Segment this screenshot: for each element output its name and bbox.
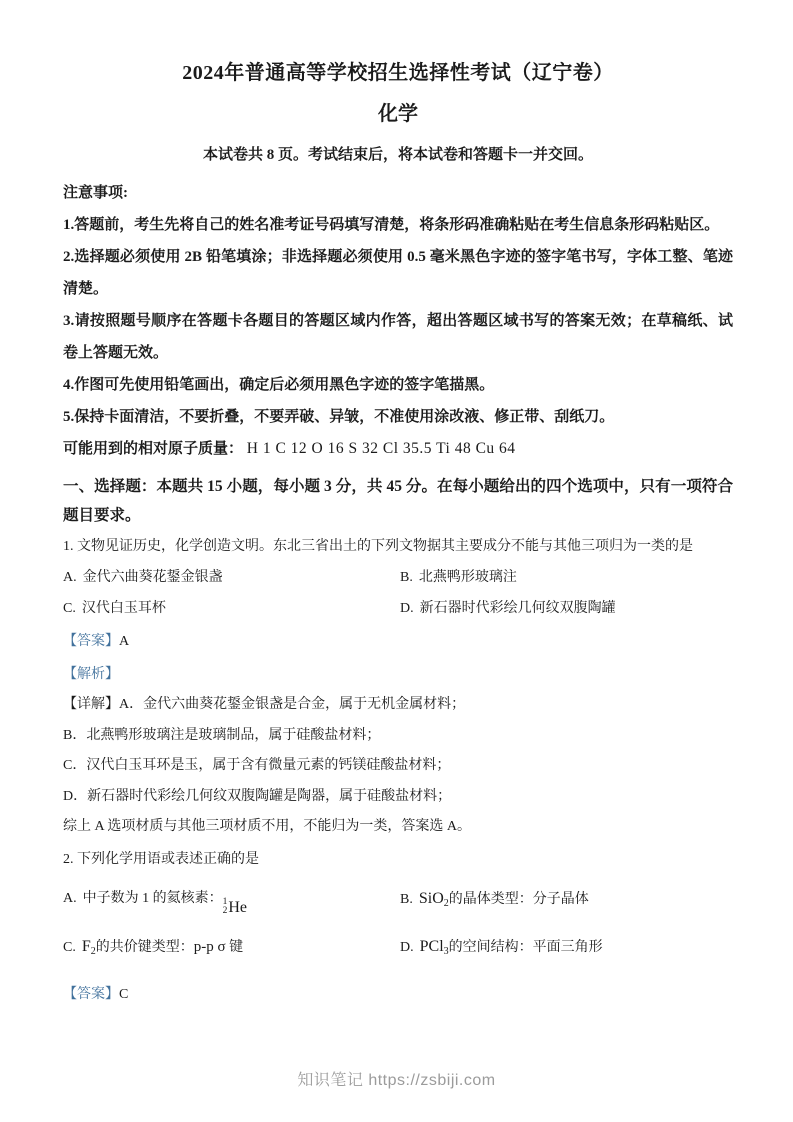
question-1-option-c: C.汉代白玉耳杯	[63, 593, 400, 624]
notice-item-1: 1.答题前，考生先将自己的姓名准考证号码填写清楚，将条形码准确粘贴在考生信息条形…	[63, 209, 733, 241]
site-watermark-footer: 知识笔记 https://zsbiji.com	[0, 1067, 793, 1090]
question-2-option-d: D.PCl3的空间结构：平面三角形	[400, 931, 733, 967]
question-1-option-b: B.北燕鸭形玻璃注	[400, 562, 733, 593]
detail-tag: 【详解】	[63, 697, 119, 712]
answer-tag: 【答案】	[63, 634, 119, 649]
answer-value: A	[119, 634, 129, 649]
question-1-detail-d: D．新石器时代彩绘几何纹双腹陶罐是陶器，属于硅酸盐材料；	[63, 782, 733, 813]
atomic-mass-values: H 1 C 12 O 16 S 32 Cl 35.5 Ti 48 Cu 64	[247, 440, 516, 457]
notice-item-5: 5.保持卡面清洁，不要折叠，不要弄破、异皱，不准使用涂改液、修正带、刮纸刀。	[63, 401, 733, 433]
question-2-answer: 【答案】C	[63, 979, 733, 1010]
question-2-option-c: C.F2的共价键类型：p-p σ 键	[63, 931, 400, 967]
question-1-detail-c: C．汉代白玉耳环是玉，属于含有微量元素的钙镁硅酸盐材料；	[63, 751, 733, 782]
notice-item-2: 2.选择题必须使用 2B 铅笔填涂；非选择题必须使用 0.5 毫米黑色字迹的签字…	[63, 241, 733, 305]
page-title: 2024年普通高等学校招生选择性考试（辽宁卷）	[63, 60, 733, 86]
analysis-tag: 【解析】	[63, 667, 119, 682]
option-label: D.	[400, 601, 414, 616]
question-1-detail-a: 【详解】A．金代六曲葵花鋬金银盏是合金，属于无机金属材料；	[63, 690, 733, 721]
answer-tag: 【答案】	[63, 987, 119, 1002]
question-1-detail-b: B．北燕鸭形玻璃注是玻璃制品，属于硅酸盐材料；	[63, 721, 733, 752]
question-1-detail-summary: 综上 A 选项材质与其他三项材质不用，不能归为一类，答案选 A。	[63, 812, 733, 843]
option-label: B.	[400, 892, 413, 907]
question-1-option-d: D.新石器时代彩绘几何纹双腹陶罐	[400, 593, 733, 624]
question-1: 1. 文物见证历史，化学创造文明。东北三省出土的下列文物据其主要成分不能与其他三…	[63, 532, 733, 843]
option-text: 的晶体类型：分子晶体	[449, 892, 589, 907]
formula-symbol: PCl	[420, 938, 444, 955]
option-text: 汉代白玉耳杯	[82, 601, 166, 616]
option-text: 新石器时代彩绘几何纹双腹陶罐	[420, 601, 616, 616]
notice-item-3: 3.请按照题号顺序在答题卡各题目的答题区域内作答，超出答题区域书写的答案无效；在…	[63, 305, 733, 369]
option-text: 北燕鸭形玻璃注	[419, 570, 517, 585]
option-label: D.	[400, 940, 414, 955]
option-label: C.	[63, 601, 76, 616]
sigma-bond-notation: p-p σ	[194, 939, 226, 955]
question-2-options-row-2: C.F2的共价键类型：p-p σ 键 D.PCl3的空间结构：平面三角形	[63, 931, 733, 967]
answer-value: C	[119, 987, 128, 1002]
atomic-mass-label: 可能用到的相对原子质量：	[63, 441, 243, 457]
question-1-options-row-1: A.金代六曲葵花鋬金银盏 B.北燕鸭形玻璃注	[63, 562, 733, 593]
section-title: 一、选择题：本题共 15 小题，每小题 3 分，共 45 分。在每小题给出的四个…	[63, 472, 733, 530]
subject-title: 化学	[63, 101, 733, 127]
question-1-answer: 【答案】A	[63, 626, 733, 657]
formula-symbol: F	[82, 938, 91, 955]
option-text: 键	[229, 940, 243, 955]
notice-heading: 注意事项:	[63, 177, 733, 209]
element-symbol: He	[228, 892, 247, 923]
exam-instruction-line: 本试卷共 8 页。考试结束后，将本试卷和答题卡一并交回。	[63, 145, 733, 165]
detail-text: A．金代六曲葵花鋬金银盏是合金，属于无机金属材料；	[119, 697, 465, 712]
option-text: 金代六曲葵花鋬金银盏	[83, 570, 223, 585]
notice-item-4: 4.作图可先使用铅笔画出，确定后必须用黑色字迹的签字笔描黑。	[63, 369, 733, 401]
question-2-options-row-1: A.中子数为 1 的氦核素：12He B.SiO2的晶体类型：分子晶体	[63, 883, 733, 923]
option-text: 的共价键类型：	[96, 940, 194, 955]
option-label: A.	[63, 891, 77, 906]
question-1-options-row-2: C.汉代白玉耳杯 D.新石器时代彩绘几何纹双腹陶罐	[63, 593, 733, 624]
question-1-stem: 1. 文物见证历史，化学创造文明。东北三省出土的下列文物据其主要成分不能与其他三…	[63, 532, 733, 562]
question-2-option-b: B.SiO2的晶体类型：分子晶体	[400, 883, 733, 923]
option-text: 中子数为 1 的氦核素：	[83, 891, 223, 906]
formula-symbol: SiO	[419, 890, 444, 907]
sio2-formula: SiO2	[419, 890, 449, 907]
option-label: C.	[63, 940, 76, 955]
question-1-option-a: A.金代六曲葵花鋬金银盏	[63, 562, 400, 593]
atomic-number: 2	[223, 907, 228, 917]
helium-nuclide-notation: 12He	[223, 892, 247, 923]
exam-document-page: 2024年普通高等学校招生选择性考试（辽宁卷） 化学 本试卷共 8 页。考试结束…	[0, 0, 793, 1122]
question-2-option-a: A.中子数为 1 的氦核素：12He	[63, 883, 400, 923]
pcl3-formula: PCl3	[420, 938, 449, 955]
option-label: B.	[400, 570, 413, 585]
question-2: 2. 下列化学用语或表述正确的是 A.中子数为 1 的氦核素：12He B.Si…	[63, 845, 733, 1010]
question-2-stem: 2. 下列化学用语或表述正确的是	[63, 845, 733, 875]
option-label: A.	[63, 570, 77, 585]
f2-formula: F2	[82, 938, 96, 955]
option-text: 的空间结构：平面三角形	[449, 940, 603, 955]
atomic-mass-line: 可能用到的相对原子质量： H 1 C 12 O 16 S 32 Cl 35.5 …	[63, 433, 733, 465]
question-1-analysis: 【解析】	[63, 659, 733, 690]
